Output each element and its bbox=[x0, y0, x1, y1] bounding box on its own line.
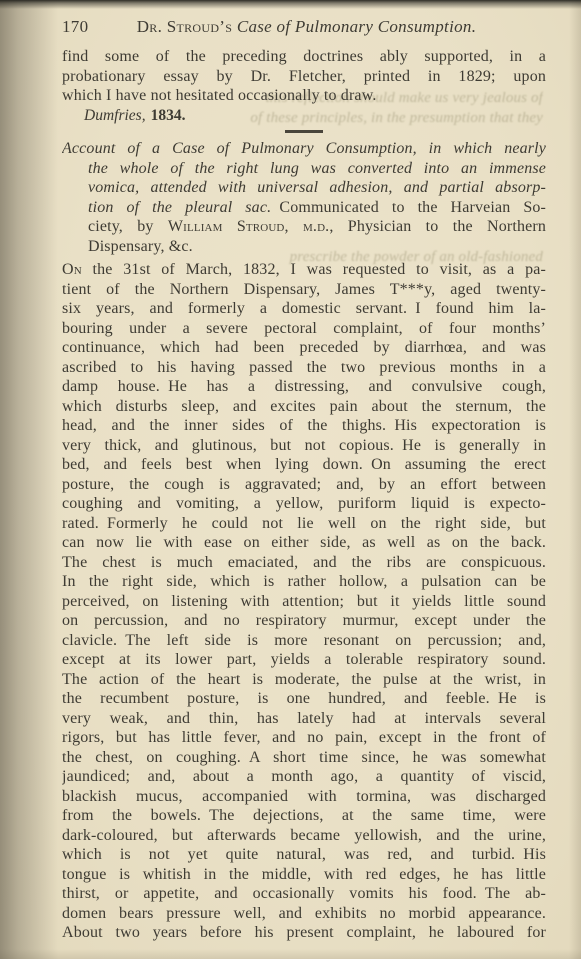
text-line: vomica, attended with universal adhesion… bbox=[62, 178, 546, 198]
text-run: the 31st of March, 1832, I was requested… bbox=[82, 261, 546, 278]
text-run: very weak, and thin, has lately had at i… bbox=[62, 710, 546, 727]
dateline: Dumfries,1834. bbox=[62, 106, 546, 126]
text-line: The action of the heart is moderate, the… bbox=[62, 670, 546, 690]
text-run: perceived, on listening with attention; … bbox=[62, 593, 546, 610]
section-divider-rule bbox=[285, 130, 323, 133]
text-line: find some of the preceding doctrines abl… bbox=[62, 47, 546, 67]
text-run: blackish mucus, accompanied with tormina… bbox=[62, 788, 546, 805]
text-run: rigors, but has little fever, and no pai… bbox=[62, 729, 546, 746]
text-line: tion of the pleural sac. Communicated to… bbox=[62, 198, 546, 218]
text-line: very weak, and thin, has lately had at i… bbox=[62, 709, 546, 729]
text-line: Account of a Case of Pulmonary Consumpti… bbox=[62, 139, 546, 159]
text-line: tongue is whitish in the middle, with re… bbox=[62, 865, 546, 885]
text-run: vomica, attended with universal adhesion… bbox=[88, 179, 546, 196]
text-line: from the bowels. The dejections, at the … bbox=[62, 806, 546, 826]
text-run: damp house. He has a distressing, and co… bbox=[62, 378, 546, 395]
intro-paragraph: find some of the preceding doctrines abl… bbox=[62, 47, 546, 106]
text-line: the whole of the right lung was converte… bbox=[62, 159, 546, 179]
text-line: The chest is much emaciated, and the rib… bbox=[62, 553, 546, 573]
text-run: except at its lower part, yields a toler… bbox=[62, 651, 546, 668]
text-run: , Physician to the Northern bbox=[329, 218, 546, 235]
text-run: find some of the preceding doctrines abl… bbox=[62, 48, 546, 65]
text-run: tion of the pleural sac. bbox=[88, 199, 271, 216]
article-heading: Account of a Case of Pulmonary Consumpti… bbox=[62, 139, 546, 256]
text-line: thirst, or appetite, and occasionally vo… bbox=[62, 884, 546, 904]
case-account-paragraph: On the 31st of March, 1832, I was reques… bbox=[62, 260, 546, 943]
text-line: which disturbs sleep, and excites pain a… bbox=[62, 397, 546, 417]
text-column: find some of the preceding doctrines abl… bbox=[62, 47, 546, 943]
text-run: continuance, which had been preceded by … bbox=[62, 339, 546, 356]
running-title-work: Case of Pulmonary Consumption. bbox=[237, 17, 476, 36]
text-run: bed, and feels best when lying down. On … bbox=[62, 456, 546, 473]
text-run: The chest is much emaciated, and the rib… bbox=[62, 554, 546, 571]
text-run: ascribed to his having passed the two pr… bbox=[62, 359, 546, 376]
text-run: rated. Formerly he could not lie well on… bbox=[62, 515, 546, 532]
text-run: About two years before his present compl… bbox=[62, 924, 546, 941]
text-line: damp house. He has a distressing, and co… bbox=[62, 377, 546, 397]
text-run: posture, the cough is aggravated; and, b… bbox=[62, 476, 546, 493]
text-run: which disturbs sleep, and excites pain a… bbox=[62, 398, 546, 415]
text-run: Account of a Case of Pulmonary Consumpti… bbox=[62, 140, 546, 157]
text-run: tongue is whitish in the middle, with re… bbox=[62, 866, 546, 883]
text-line: About two years before his present compl… bbox=[62, 923, 546, 943]
text-line: which is not yet quite natural, was red,… bbox=[62, 845, 546, 865]
text-run: on percussion, and no respiratory murmur… bbox=[62, 612, 546, 629]
text-line: coughing and vomiting, a yellow, purifor… bbox=[62, 494, 546, 514]
text-line: blackish mucus, accompanied with tormina… bbox=[62, 787, 546, 807]
text-run: six years, and formerly a domestic serva… bbox=[62, 300, 546, 317]
text-run: ciety, by bbox=[88, 218, 168, 235]
text-line: the recumbent posture, is one hundred, a… bbox=[62, 689, 546, 709]
text-line: very thick, and glutinous, but not copio… bbox=[62, 436, 546, 456]
dateline-place: Dumfries, bbox=[84, 107, 146, 124]
text-run: which I have not hesitated occasionally … bbox=[62, 87, 377, 104]
text-line: bouring under a severe pectoral complain… bbox=[62, 319, 546, 339]
text-line: Dispensary, &c. bbox=[62, 237, 546, 257]
text-run: can now lie with ease on either side, as… bbox=[62, 534, 546, 551]
text-line: On the 31st of March, 1832, I was reques… bbox=[62, 260, 546, 280]
text-run: domen bears pressure well, and exhibits … bbox=[62, 905, 546, 922]
text-line: rigors, but has little fever, and no pai… bbox=[62, 728, 546, 748]
text-line: six years, and formerly a domestic serva… bbox=[62, 299, 546, 319]
text-line: perceived, on listening with attention; … bbox=[62, 592, 546, 612]
text-line: posture, the cough is aggravated; and, b… bbox=[62, 475, 546, 495]
text-run: very thick, and glutinous, but not copio… bbox=[62, 437, 546, 454]
running-head: 170 Dr. Stroud’s Case of Pulmonary Consu… bbox=[62, 17, 545, 37]
text-run: the recumbent posture, is one hundred, a… bbox=[62, 690, 546, 707]
text-line: jaundiced; and, about a month ago, a qua… bbox=[62, 767, 546, 787]
running-title-author: Dr. Stroud’s bbox=[137, 17, 233, 36]
text-run: from the bowels. The dejections, at the … bbox=[62, 807, 546, 824]
text-run: tient of the Northern Dispensary, James … bbox=[62, 281, 546, 298]
text-line: the chest, on coughing. A short time sin… bbox=[62, 748, 546, 768]
text-line: In the right side, which is rather hollo… bbox=[62, 572, 546, 592]
page-number: 170 bbox=[62, 17, 120, 37]
text-run: In the right side, which is rather hollo… bbox=[62, 573, 546, 590]
text-run: The action of the heart is moderate, the… bbox=[62, 671, 546, 688]
text-line: ciety, by William Stroud, m.d., Physicia… bbox=[62, 217, 546, 237]
text-line: continuance, which had been preceded by … bbox=[62, 338, 546, 358]
text-run: William Stroud, m.d. bbox=[168, 218, 329, 235]
text-run: the whole of the right lung was converte… bbox=[88, 160, 546, 177]
text-line: clavicle. The left side is more resonant… bbox=[62, 631, 546, 651]
text-run: probationary essay by Dr. Fletcher, prin… bbox=[62, 68, 546, 85]
text-run: Dispensary, &c. bbox=[88, 238, 193, 255]
text-run: thirst, or appetite, and occasionally vo… bbox=[62, 885, 546, 902]
book-page: this reflection should make us very jeal… bbox=[0, 0, 581, 959]
dateline-year: 1834. bbox=[151, 107, 186, 124]
running-title: Dr. Stroud’s Case of Pulmonary Consumpti… bbox=[120, 17, 545, 37]
text-run: bouring under a severe pectoral complain… bbox=[62, 320, 546, 337]
text-run: head, and the inner sides of the thighs.… bbox=[62, 417, 546, 434]
text-line: bed, and feels best when lying down. On … bbox=[62, 455, 546, 475]
text-line: on percussion, and no respiratory murmur… bbox=[62, 611, 546, 631]
text-run: jaundiced; and, about a month ago, a qua… bbox=[62, 768, 546, 785]
text-line: ascribed to his having passed the two pr… bbox=[62, 358, 546, 378]
text-line: domen bears pressure well, and exhibits … bbox=[62, 904, 546, 924]
text-line: can now lie with ease on either side, as… bbox=[62, 533, 546, 553]
text-line: probationary essay by Dr. Fletcher, prin… bbox=[62, 67, 546, 87]
text-run: On bbox=[62, 261, 82, 278]
text-line: dark-coloured, but afterwards became yel… bbox=[62, 826, 546, 846]
text-line: rated. Formerly he could not lie well on… bbox=[62, 514, 546, 534]
text-line: which I have not hesitated occasionally … bbox=[62, 86, 546, 106]
text-run: dark-coloured, but afterwards became yel… bbox=[62, 827, 546, 844]
text-run: clavicle. The left side is more resonant… bbox=[62, 632, 546, 649]
text-run: Communicated to the Harveian So- bbox=[271, 199, 546, 216]
text-line: tient of the Northern Dispensary, James … bbox=[62, 280, 546, 300]
text-run: the chest, on coughing. A short time sin… bbox=[62, 749, 546, 766]
text-run: which is not yet quite natural, was red,… bbox=[62, 846, 546, 863]
text-line: head, and the inner sides of the thighs.… bbox=[62, 416, 546, 436]
text-run: coughing and vomiting, a yellow, purifor… bbox=[62, 495, 546, 512]
text-line: except at its lower part, yields a toler… bbox=[62, 650, 546, 670]
